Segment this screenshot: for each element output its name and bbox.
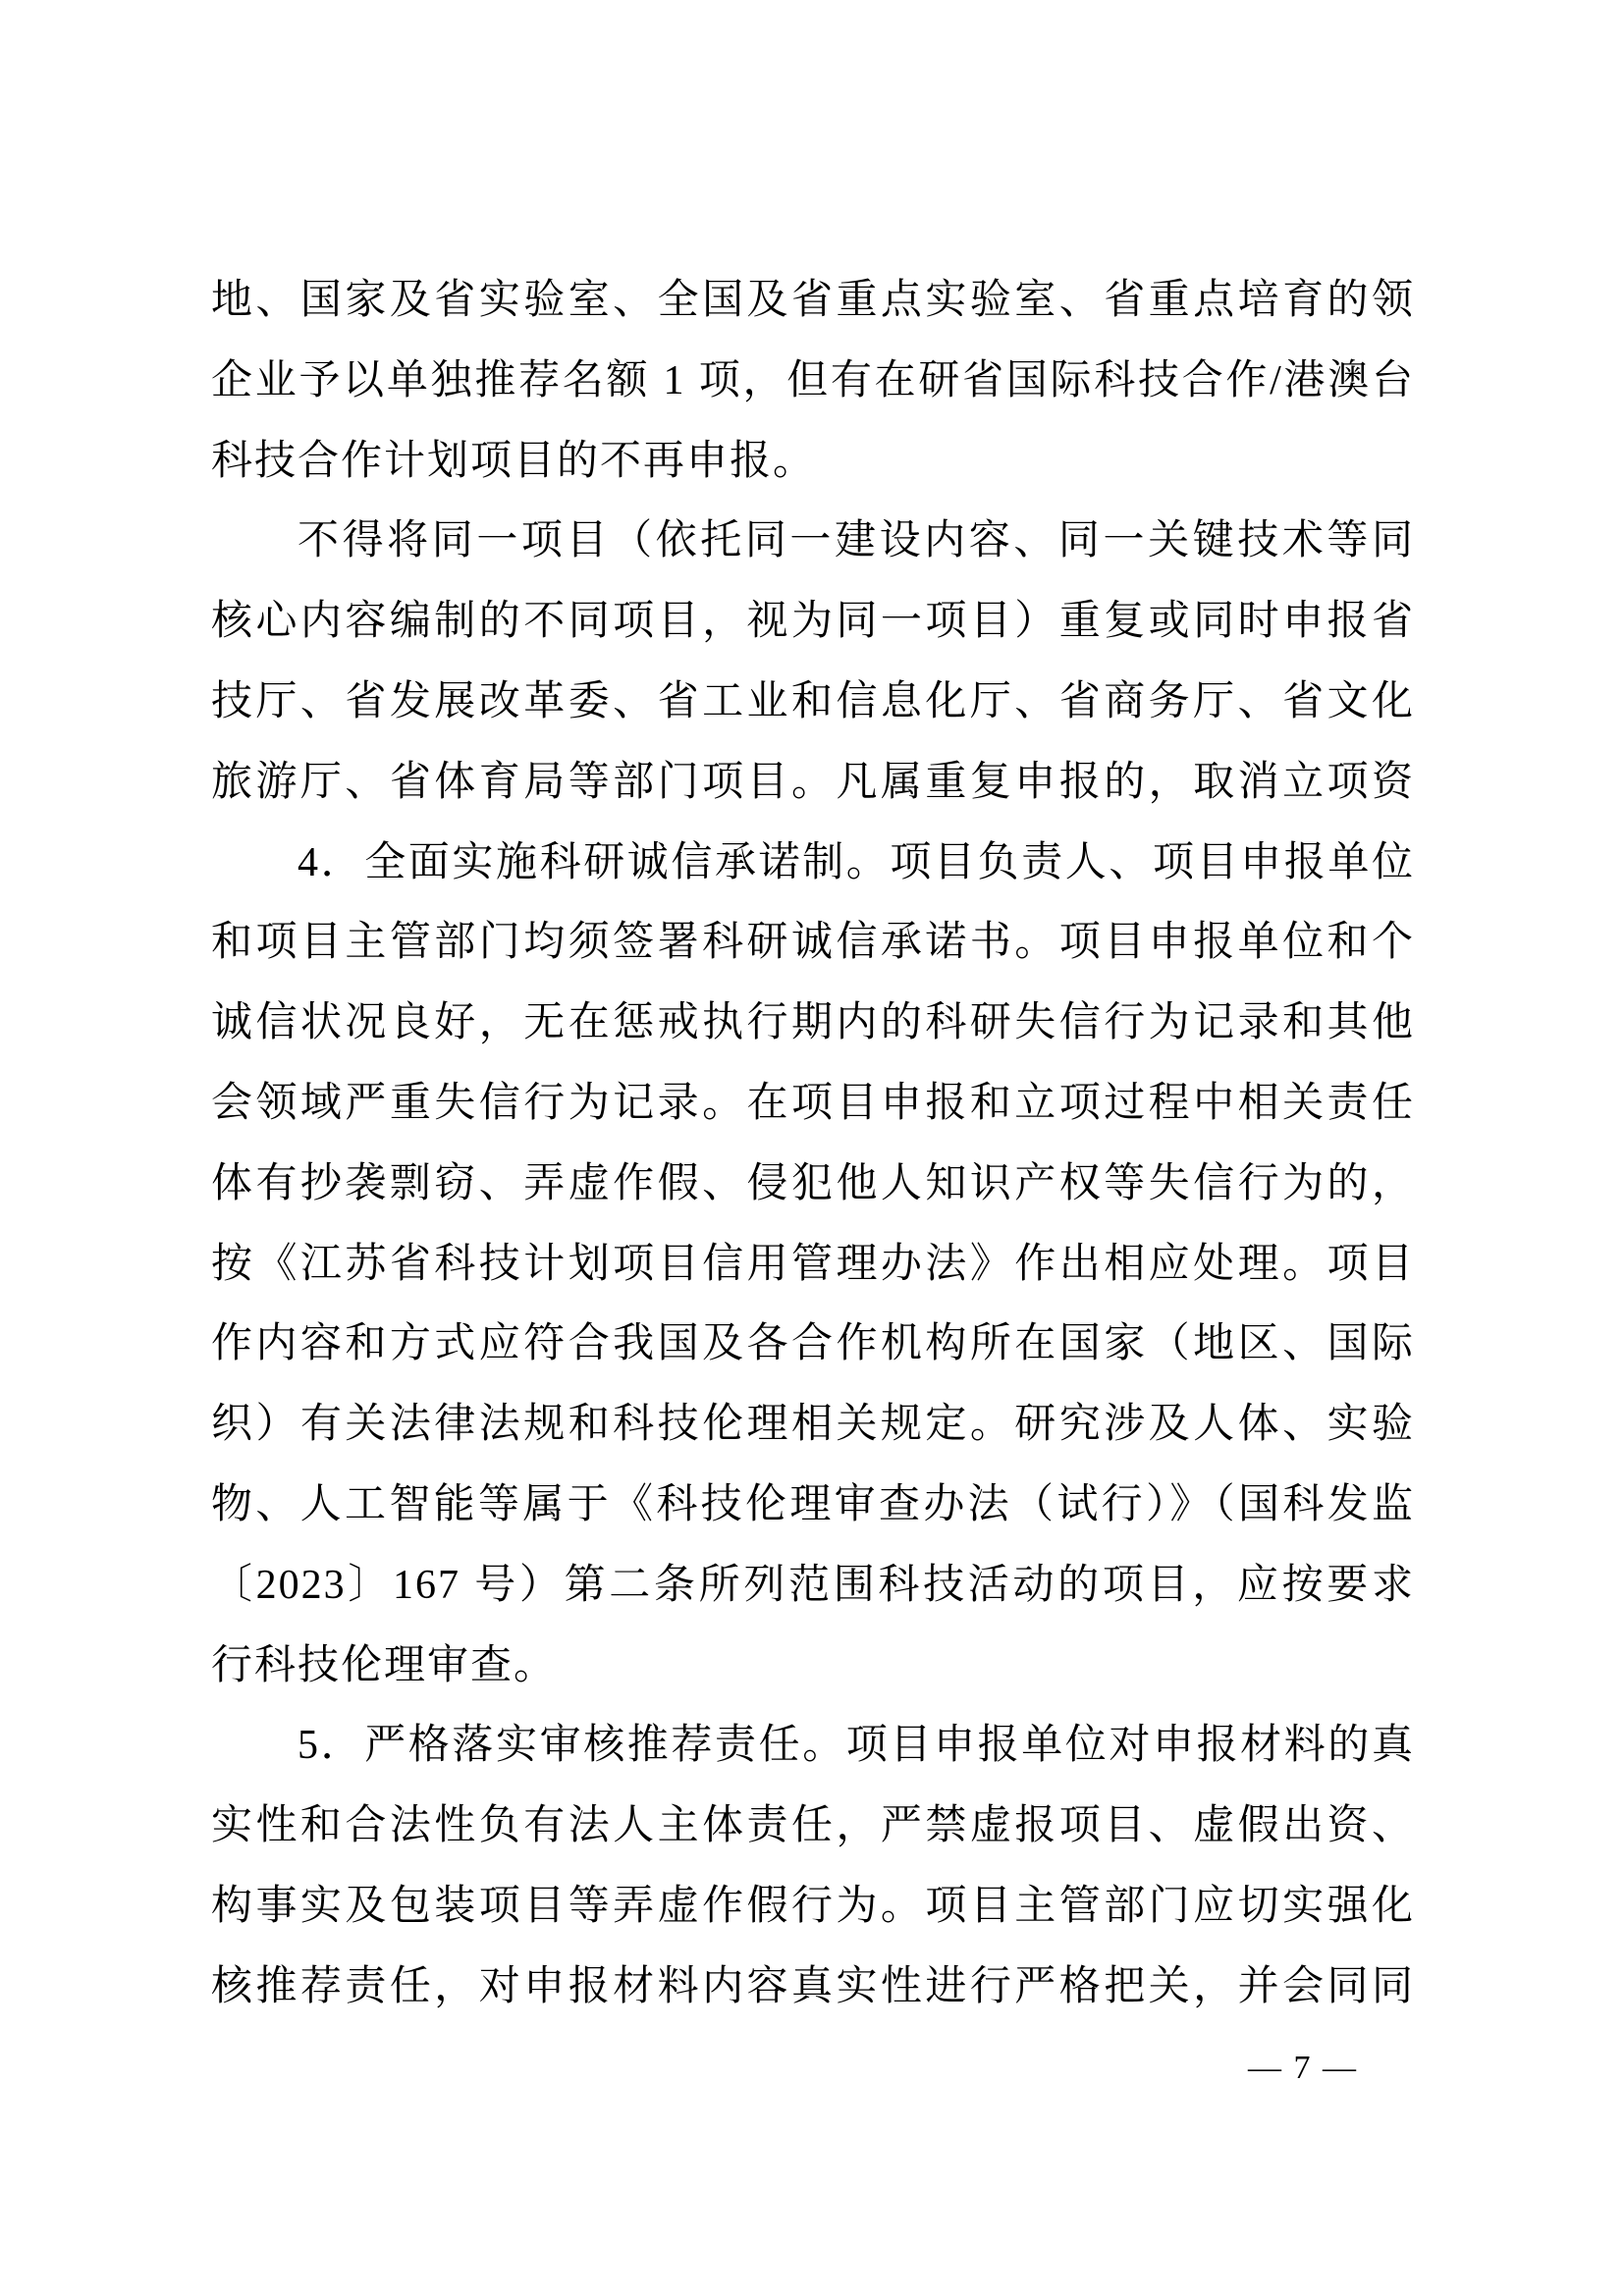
text-line-9: 和项目主管部门均须签署科研诚信承诺书。项目申报单位和个人	[211, 903, 1415, 984]
text-line-5: 核心内容编制的不同项目，视为同一项目）重复或同时申报省科	[211, 582, 1415, 663]
text-line-18: 行科技伦理审查。	[211, 1627, 1415, 1707]
text-line-7: 旅游厅、省体育局等部门项目。凡属重复申报的，取消立项资格。	[211, 743, 1415, 824]
text-line-20: 实性和合法性负有法人主体责任，严禁虚报项目、虚假出资、虚	[211, 1787, 1415, 1867]
text-line-1: 地、国家及省实验室、全国及省重点实验室、省重点培育的领军	[211, 261, 1415, 342]
text-line-3: 科技合作计划项目的不再申报。	[211, 422, 1415, 503]
text-line-11: 会领域严重失信行为记录。在项目申报和立项过程中相关责任主	[211, 1064, 1415, 1145]
page-number: — 7 —	[1229, 2044, 1377, 2093]
text-line-8: 4．全面实施科研诚信承诺制。项目负责人、项目申报单位	[211, 824, 1415, 904]
text-line-19: 5．严格落实审核推荐责任。项目申报单位对申报材料的真	[211, 1706, 1415, 1787]
text-line-13: 按《江苏省科技计划项目信用管理办法》作出相应处理。项目合	[211, 1225, 1415, 1306]
text-line-2: 企业予以单独推荐名额 1 项，但有在研省国际科技合作/港澳台	[211, 342, 1415, 422]
document-body: 地、国家及省实验室、全国及省重点实验室、省重点培育的领军 企业予以单独推荐名额 …	[211, 261, 1415, 2028]
text-line-22: 核推荐责任，对申报材料内容真实性进行严格把关，并会同同级	[211, 1948, 1415, 2028]
text-line-4: 不得将同一项目（依托同一建设内容、同一关键技术等同一	[211, 502, 1415, 582]
text-line-14: 作内容和方式应符合我国及各合作机构所在国家（地区、国际组	[211, 1305, 1415, 1385]
text-line-6: 技厅、省发展改革委、省工业和信息化厅、省商务厅、省文化和	[211, 663, 1415, 743]
text-line-17: 〔2023〕167 号）第二条所列范围科技活动的项目，应按要求进	[211, 1546, 1415, 1627]
text-line-21: 构事实及包装项目等弄虚作假行为。项目主管部门应切实强化审	[211, 1867, 1415, 1948]
text-line-12: 体有抄袭剽窃、弄虚作假、侵犯他人知识产权等失信行为的，将	[211, 1145, 1415, 1225]
text-line-10: 诚信状况良好，无在惩戒执行期内的科研失信行为记录和其他社	[211, 984, 1415, 1064]
document-page: 地、国家及省实验室、全国及省重点实验室、省重点培育的领军 企业予以单独推荐名额 …	[0, 0, 1624, 2296]
text-line-15: 织）有关法律法规和科技伦理相关规定。研究涉及人体、实验动	[211, 1385, 1415, 1466]
text-line-16: 物、人工智能等属于《科技伦理审查办法（试行）》（国科发监	[211, 1466, 1415, 1546]
